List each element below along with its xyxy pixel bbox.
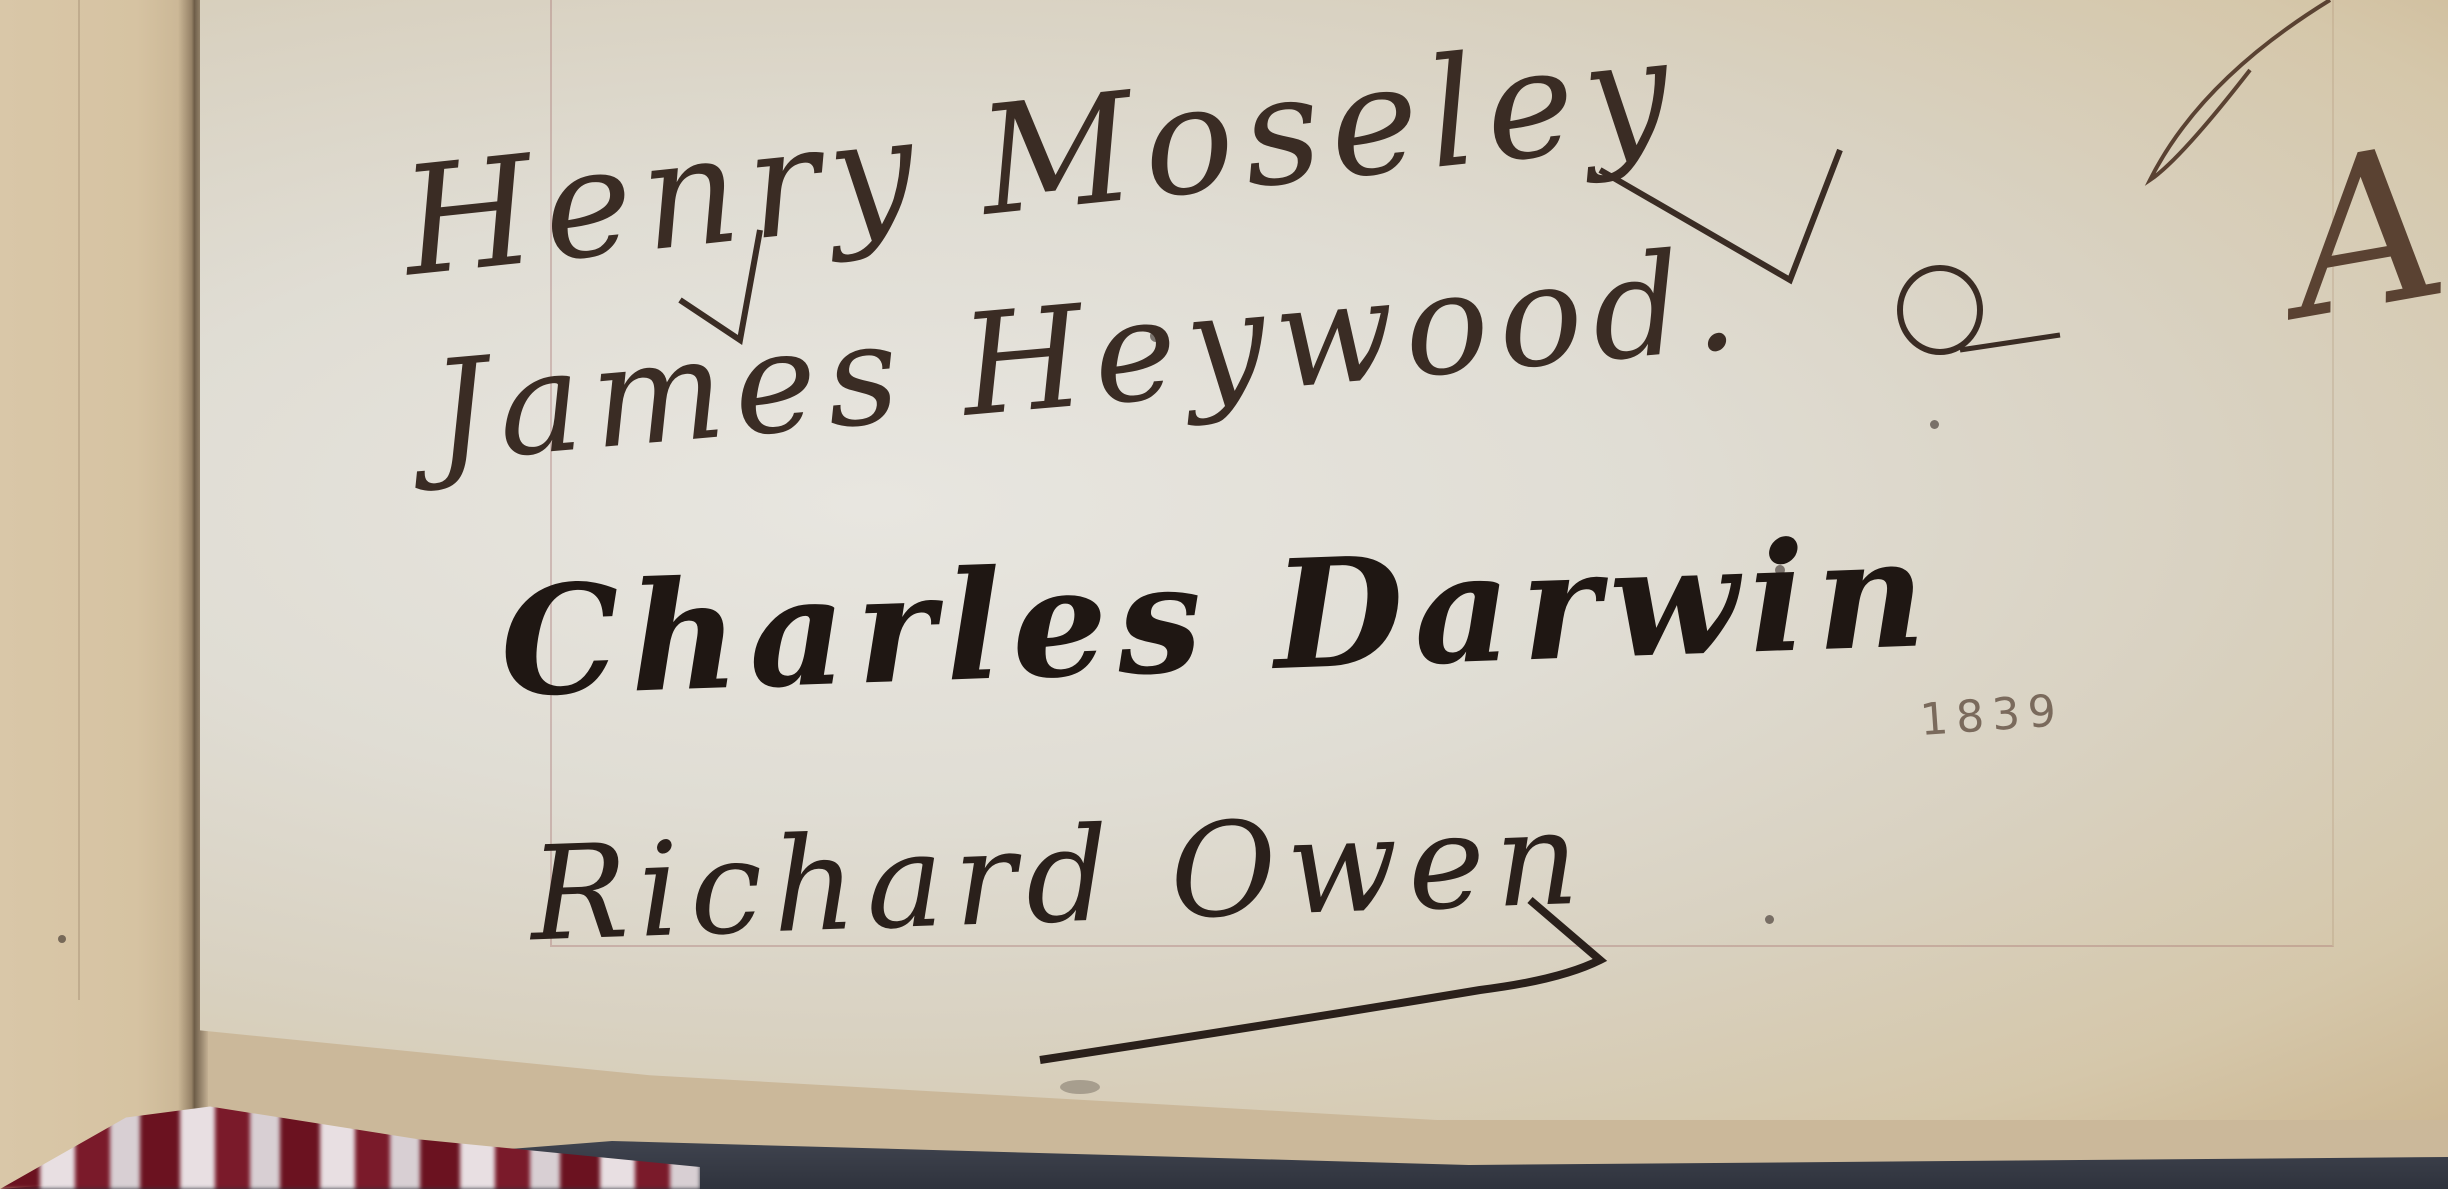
photo-scene: Henry Moseley James Heywood. Charles Dar… bbox=[0, 0, 2448, 1189]
pencil-date-note: 1839 bbox=[1918, 685, 2065, 746]
left-page bbox=[0, 0, 195, 1189]
ink-speck bbox=[1930, 420, 1939, 429]
ink-speck bbox=[1060, 1080, 1100, 1094]
ink-speck bbox=[1765, 915, 1774, 924]
ink-speck bbox=[58, 935, 66, 943]
left-page-margin-line bbox=[78, 0, 80, 1000]
